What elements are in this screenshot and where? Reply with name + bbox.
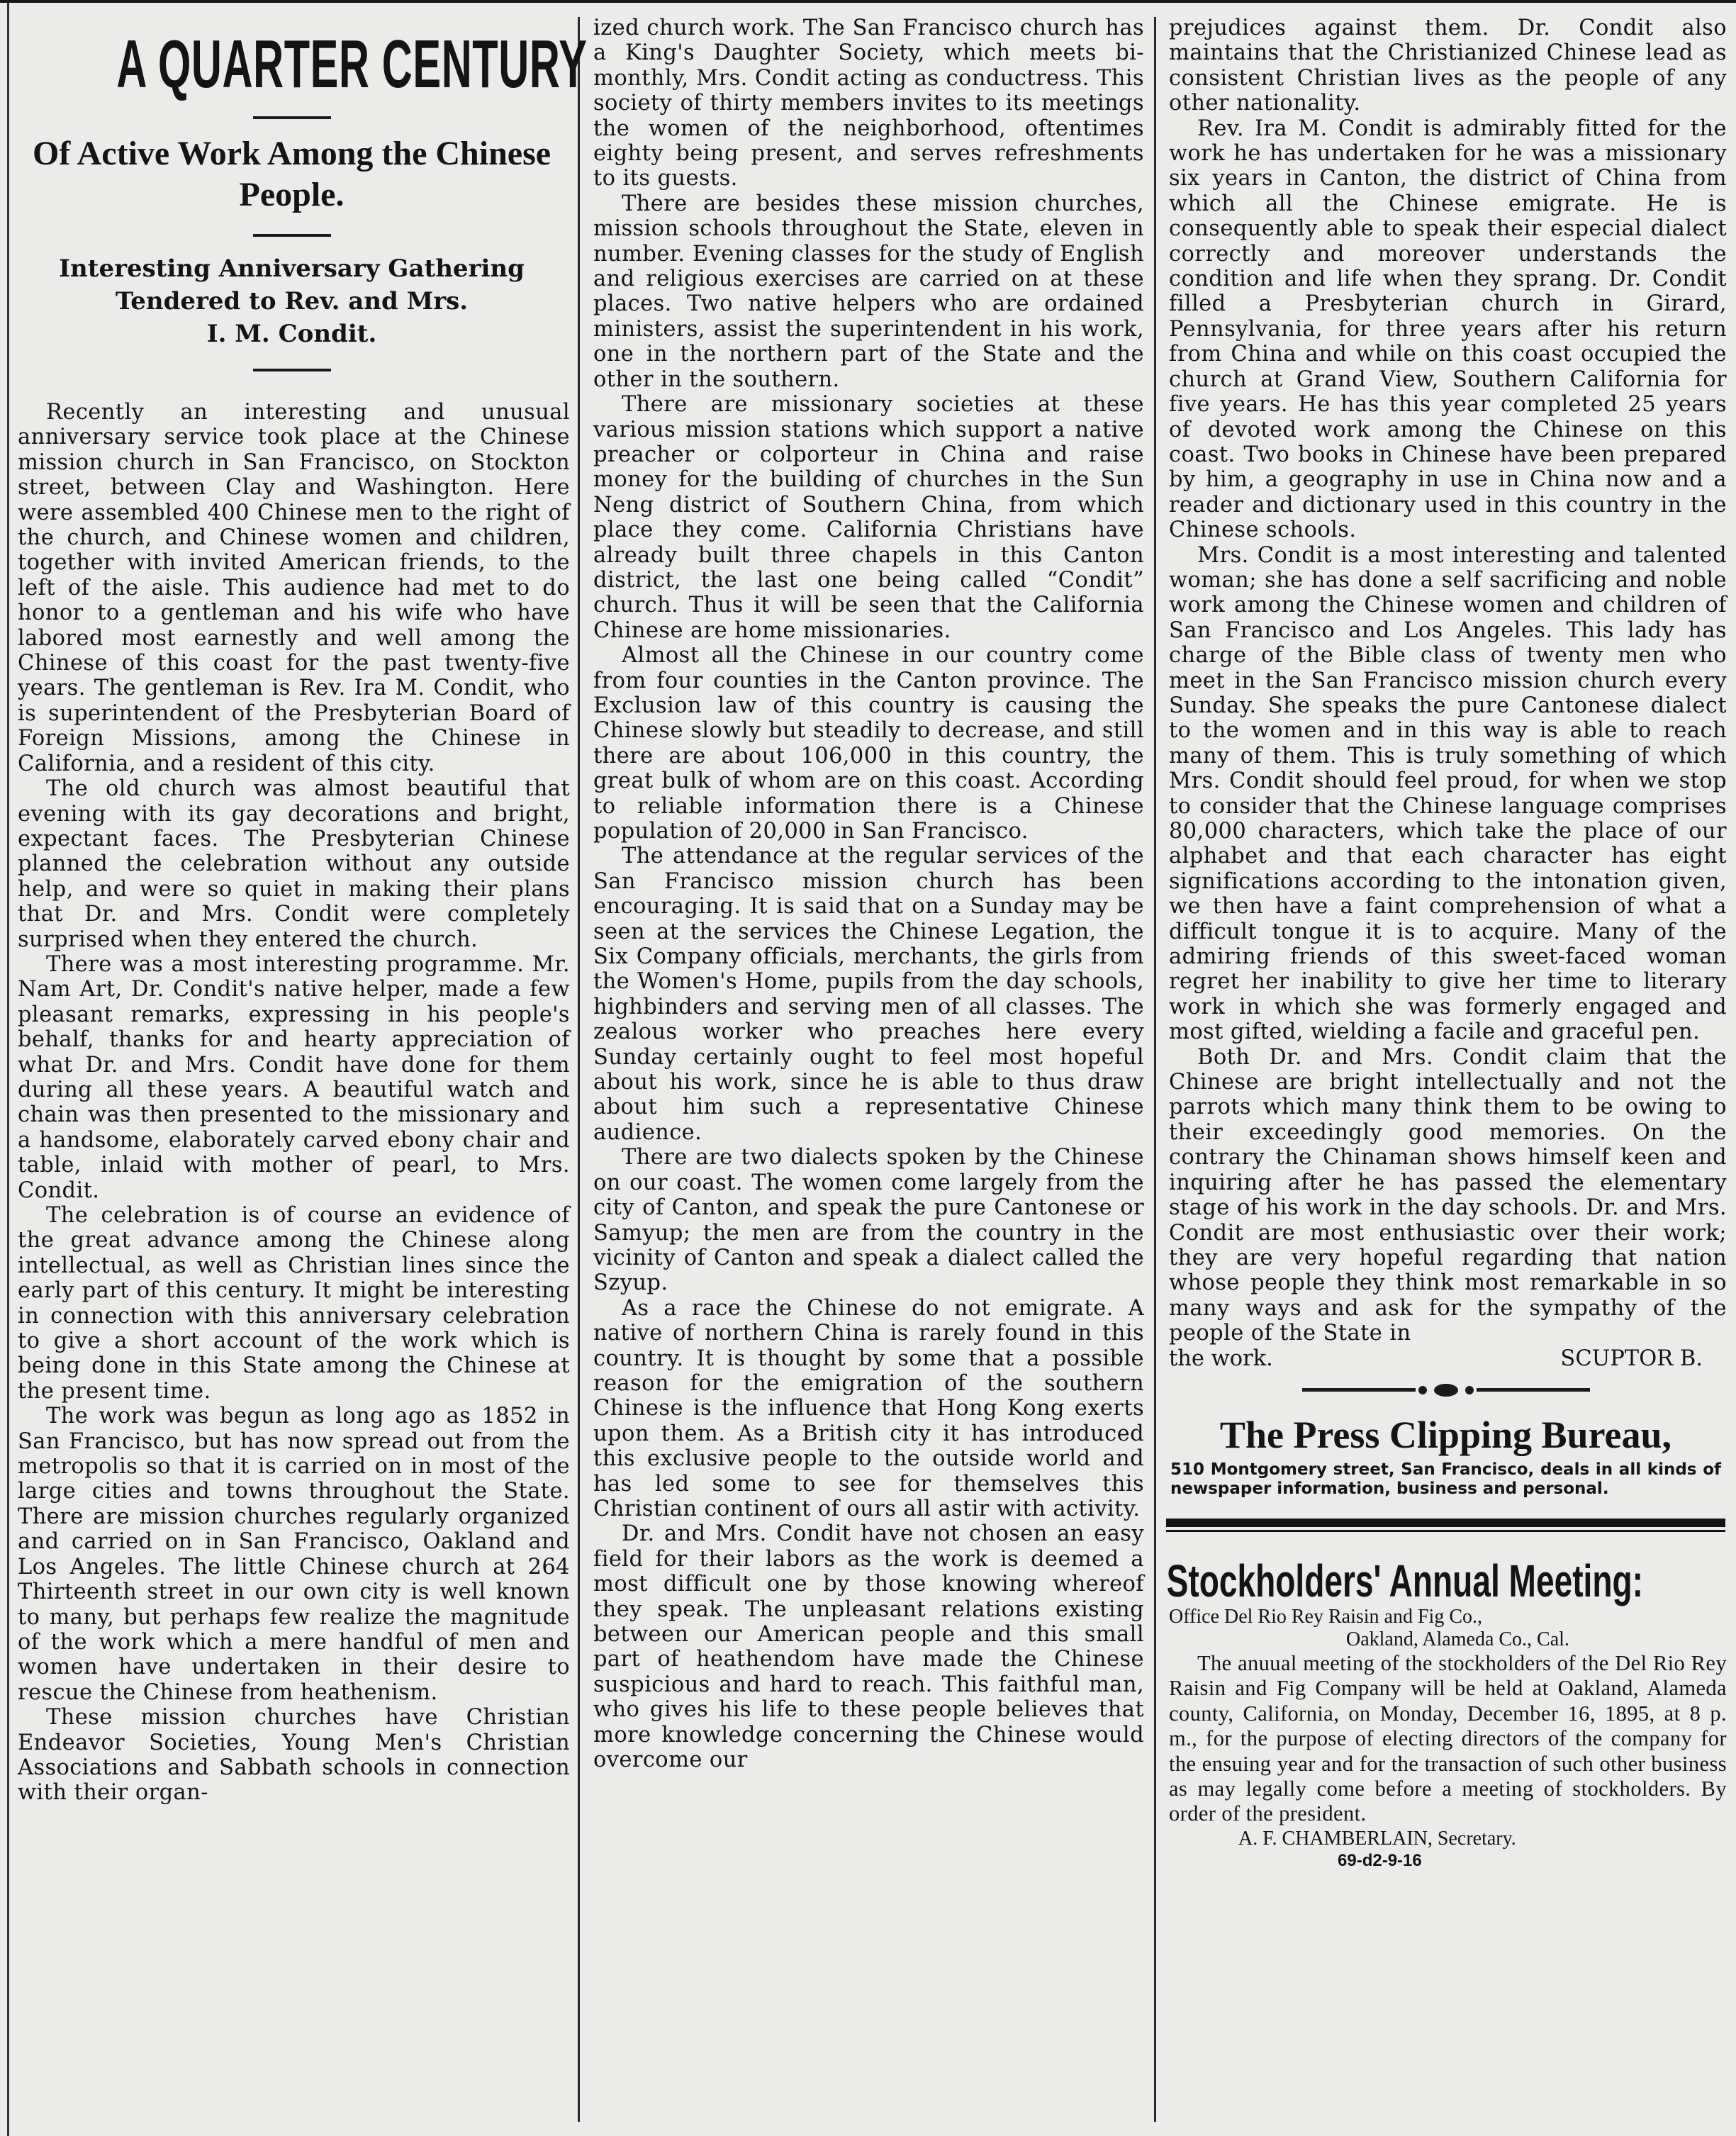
signature-line: the work. SCUPTOR B. — [1160, 1346, 1731, 1371]
closing-text: the work. — [1169, 1346, 1273, 1371]
divider — [1166, 1519, 1725, 1527]
paragraph: There are besides these mission churches… — [585, 191, 1148, 392]
paragraph-continuation: ized church work. The San Francisco chur… — [585, 16, 1148, 191]
divider — [1166, 1530, 1725, 1532]
deck-line: Interesting Anniversary Gathering — [9, 252, 574, 285]
column-3: prejudices against them. Dr. Condit also… — [1160, 3, 1731, 2136]
column-rule — [1154, 17, 1156, 2122]
column-2: ized church work. The San Francisco chur… — [585, 3, 1148, 2136]
paragraph: Both Dr. and Mrs. Condit claim that the … — [1160, 1045, 1731, 1346]
paragraph: The attendance at the regular services o… — [585, 844, 1148, 1145]
divider — [253, 116, 331, 119]
ornament-divider — [1160, 1384, 1731, 1397]
paragraph-continuation: prejudices against them. Dr. Condit also… — [1160, 16, 1731, 116]
column-1: A QUARTER CENTURY Of Active Work Among t… — [7, 3, 574, 2136]
paragraph: Recently an interesting and unusual anni… — [9, 400, 574, 776]
paragraph: Almost all the Chinese in our country co… — [585, 643, 1148, 844]
office-line: Office Del Rio Rey Raisin and Fig Co., — [1169, 1606, 1482, 1628]
deck-line: Tendered to Rev. and Mrs. — [9, 285, 574, 318]
paragraph: These mission churches have Christian En… — [9, 1705, 574, 1806]
deck: Interesting Anniversary Gathering Tender… — [9, 252, 574, 350]
newspaper-page: A QUARTER CENTURY Of Active Work Among t… — [0, 0, 1736, 2136]
office-line: Oakland, Alameda Co., Cal. — [1169, 1628, 1731, 1651]
ad-signature: A. F. CHAMBERLAIN, Secretary. — [1160, 1827, 1731, 1851]
subheadline: Of Active Work Among the Chinese People. — [9, 133, 574, 216]
deck-line: I. M. Condit. — [9, 318, 574, 350]
headline: A QUARTER CENTURY — [116, 26, 466, 104]
ad-office-address: Office Del Rio Rey Raisin and Fig Co., O… — [1160, 1606, 1731, 1651]
paragraph: Dr. and Mrs. Condit have not chosen an e… — [585, 1521, 1148, 1772]
ad-code: 69-d2-9-16 — [1160, 1851, 1731, 1871]
divider — [253, 369, 331, 371]
byline: SCUPTOR B. — [1560, 1346, 1703, 1371]
divider — [253, 234, 331, 237]
ad-title-press-clipping: The Press Clipping Bureau, — [1160, 1412, 1731, 1458]
column-rule — [578, 17, 580, 2122]
paragraph: The celebration is of course an evidence… — [9, 1203, 574, 1404]
paragraph: There are two dialects spoken by the Chi… — [585, 1145, 1148, 1295]
paragraph: There are missionary societies at these … — [585, 392, 1148, 643]
paragraph: The work was begun as long ago as 1852 i… — [9, 1404, 574, 1705]
ad-title-stockholders: Stockholders' Annual Meeting: — [1160, 1556, 1572, 1606]
paragraph: As a race the Chinese do not emigrate. A… — [585, 1296, 1148, 1522]
paragraph: The old church was almost beautiful that… — [9, 776, 574, 952]
ad-body-stockholders: The anuual meeting of the stockholders o… — [1160, 1651, 1731, 1827]
paragraph: Rev. Ira M. Condit is admirably fitted f… — [1160, 116, 1731, 543]
ad-body-press-clipping: 510 Montgomery street, San Francisco, de… — [1160, 1460, 1731, 1499]
paragraph: Mrs. Condit is a most interesting and ta… — [1160, 543, 1731, 1045]
paragraph: There was a most interesting programme. … — [9, 952, 574, 1203]
